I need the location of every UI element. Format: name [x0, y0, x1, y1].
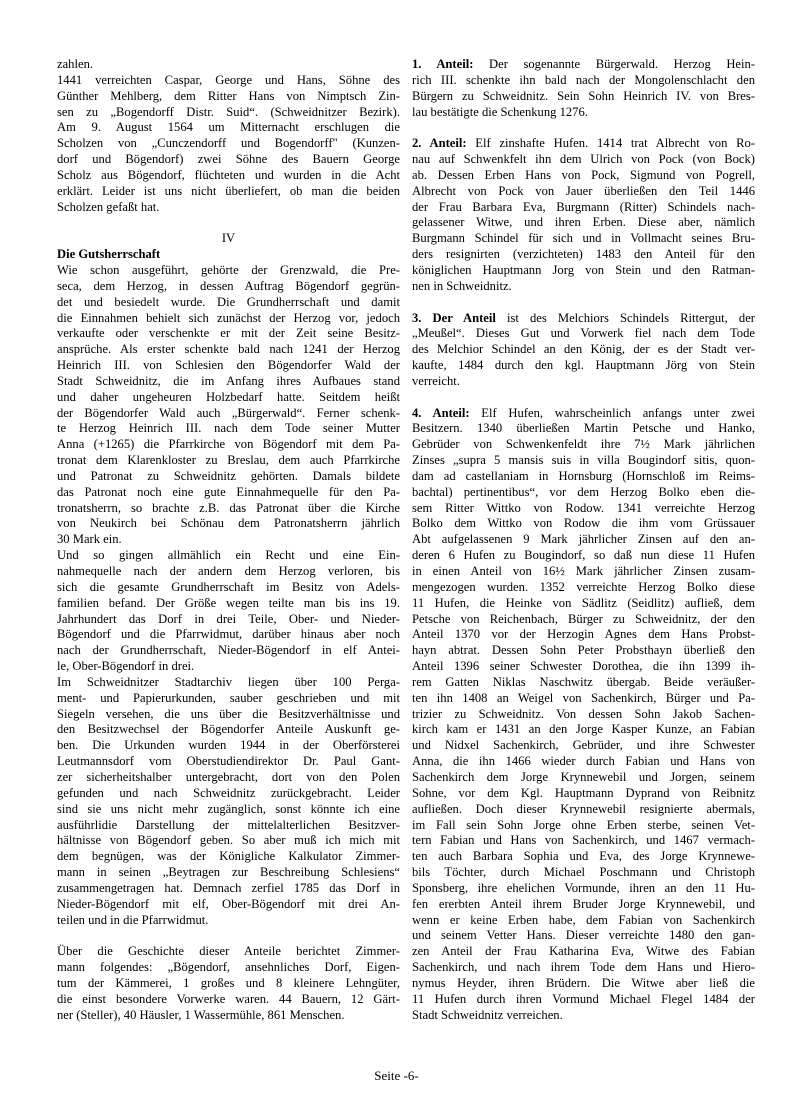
text-line: Zinses „supra 5 mansis suis in villa Bou…: [412, 453, 755, 469]
text-line: Bögendorf und die Pfarrwidmut, darüber h…: [57, 627, 400, 643]
text-line: Und so gingen allmählich ein Recht und e…: [57, 548, 400, 564]
text-line: aufließen. Doch dieser Krynnewebil resig…: [412, 802, 755, 818]
paragraph-und-so: Und so gingen allmählich ein Recht und e…: [57, 548, 400, 675]
text-line: hältnisse von Bögendorf geben. So aber m…: [57, 833, 400, 849]
text-line: zusammengetragen hat. Demnach zerfiel 17…: [57, 881, 400, 897]
text-line: ten ihn 1408 an Weigel von Sachenkirch, …: [412, 691, 755, 707]
text-line: tern Fabian und Hans von Sachenkirch, un…: [412, 833, 755, 849]
anteil-label: 2. Anteil:: [412, 136, 467, 150]
anteil-label: 4. Anteil:: [412, 406, 470, 420]
paragraph-gap: [57, 928, 400, 944]
text-fragment: Der sogenannte Bürgerwald. Herzog Hein-: [489, 57, 755, 71]
anteil-2: 2. Anteil: Elf zinshafte Hufen. 1414 tra…: [412, 136, 755, 294]
text-line: Günther Mehlberg, dem Ritter Hans von Ni…: [57, 89, 400, 105]
paragraph-gap: [412, 390, 755, 406]
text-line: lau bestätigte die Schenkung 1276.: [412, 105, 755, 121]
paragraph-gap: [412, 120, 755, 136]
text-line: Scholzen von „Cunczendorff und Bogendorf…: [57, 136, 400, 152]
text-line: Über die Geschichte dieser Anteile beric…: [57, 944, 400, 960]
text-line: bachtal) pertinentibus“, vor dem Herzog …: [412, 485, 755, 501]
text-fragment: ist des Melchiors Schindels Rittergut, d…: [507, 311, 755, 325]
text-line: 2. Anteil: Elf zinshafte Hufen. 1414 tra…: [412, 136, 755, 152]
text-line: Sachenkirch dem Jorge Krynnewebil und Jo…: [412, 770, 755, 786]
paragraph-1441: 1441 verreichten Caspar, George und Hans…: [57, 73, 400, 216]
text-line: le, Ober-Bögendorf in drei.: [57, 659, 400, 675]
text-line: mann folgendes: „Bögendorf, ansehnliches…: [57, 960, 400, 976]
text-line: den Besitzwechsel der Bögendorfer Anteil…: [57, 722, 400, 738]
text-line: 1. Anteil: Der sogenannte Bürgerwald. He…: [412, 57, 755, 73]
text-line: Gebrüder von Schwenkenfeldt ihre 7½ Mark…: [412, 437, 755, 453]
text-line: ten auch Barbara Sophia und Eva, des Jor…: [412, 849, 755, 865]
text-line: Anna, die ihn 1466 wieder durch Fabian u…: [412, 754, 755, 770]
text-line: 11 Hufen, die Heinke von Sädlitz (Seidli…: [412, 596, 755, 612]
text-line: in einen Anteil von 16½ Mark jährlicher …: [412, 564, 755, 580]
text-line: Anteil 1370 vor der Herzogin Agnes dem H…: [412, 627, 755, 643]
text-line: die Einnahmen behielt sich zunächst der …: [57, 311, 400, 327]
text-line: und Patronat zu Schweidnitz gehörten. Da…: [57, 469, 400, 485]
text-line: Besitzern. 1340 überließen Martin Petsch…: [412, 421, 755, 437]
text-line: zer sicherheitshalber untergebracht, dor…: [57, 770, 400, 786]
text-line: ben. Die Urkunden wurden 1944 in der Obe…: [57, 738, 400, 754]
text-line: Scholz aus Bögendorf, flüchteten und wur…: [57, 168, 400, 184]
text-line: hayn abtrat. Dessen Sohn Peter Probsthay…: [412, 643, 755, 659]
text-line: der Frau Barbara Eva, Burgmann (Ritter) …: [412, 200, 755, 216]
anteil-label: 1. Anteil:: [412, 57, 473, 71]
text-line: mann in seinen „Beytragen zur Beschreibu…: [57, 865, 400, 881]
text-line: ansprüche. Als erster schenkte bald nach…: [57, 342, 400, 358]
right-column: 1. Anteil: Der sogenannte Bürgerwald. He…: [412, 57, 755, 1023]
text-line: tronat dem Klarenkloster zu Breslau, dem…: [57, 453, 400, 469]
text-line: bils Töchter, durch Michael Poschmann un…: [412, 865, 755, 881]
text-line: Leutmannsdorf vom Oberstudiendirektor Dr…: [57, 754, 400, 770]
paragraph-gap: [57, 215, 400, 231]
text-line: Sohne, vor dem Kgl. Hauptmann Dyprand vo…: [412, 786, 755, 802]
text-line: nau auf Schwenkfelt ihn dem Ulrich von P…: [412, 152, 755, 168]
text-line: sind sie uns nicht mehr zugänglich, sons…: [57, 802, 400, 818]
left-column: zahlen. 1441 verreichten Caspar, George …: [57, 57, 400, 1023]
text-line: verreicht.: [412, 374, 755, 390]
text-line: te Herzog Heinrich III. nach dem Tode se…: [57, 421, 400, 437]
text-line: 11 Hufen durch ihren Vormund Michael Fle…: [412, 992, 755, 1008]
text-line: nymus Heyder, ihren Brüdern. Die Witwe a…: [412, 976, 755, 992]
text-line: erklärt. Leider ist uns nicht überliefer…: [57, 184, 400, 200]
paragraph-gutsherrschaft: Wie schon ausgeführt, gehörte der Grenzw…: [57, 263, 400, 548]
text-line: Albrecht von Pock von Jauer überließen d…: [412, 184, 755, 200]
text-line: dam ad castellaniam in Hornsburg (Hornsc…: [412, 469, 755, 485]
paragraph-continuation: zahlen.: [57, 57, 400, 73]
text-line: Bolko dem Wittko von Rodow die ihm vom G…: [412, 516, 755, 532]
text-line: und Nidxel Sachenkirch, Gebrüder, und ih…: [412, 738, 755, 754]
text-line: nen in Schweidnitz.: [412, 279, 755, 295]
text-line: mengezogen wurden. 1352 verreichte Herzo…: [412, 580, 755, 596]
text-line: teilen und in die Pfarrwidmut.: [57, 913, 400, 929]
text-line: trizier zu Schweidnitz. Von dessen Sohn …: [412, 707, 755, 723]
text-line: verkaufte oder verschenkte er mit der Ze…: [57, 326, 400, 342]
text-line: Anna (+1265) die Pfarrkirche von Bögendo…: [57, 437, 400, 453]
text-line: Bürgern zu Schweidnitz. Sein Sohn Heinri…: [412, 89, 755, 105]
text-line: Sponsberg, ihre ehelichen Vormunde, ihre…: [412, 881, 755, 897]
text-line: nahmequelle nach der andern dem Herzog v…: [57, 564, 400, 580]
text-line: nach der Grundherrschaft, Nieder-Bögendo…: [57, 643, 400, 659]
text-line: kaufte, 1484 durch den kgl. Hauptmann Jö…: [412, 358, 755, 374]
text-line: königlichen Hauptmann Jorg von Stein und…: [412, 263, 755, 279]
text-line: Burgmann Schindel für sich und in Vollma…: [412, 231, 755, 247]
text-line: sen zu „Bogendorff Distr. Suid“. (Schwei…: [57, 105, 400, 121]
text-line: Am 9. August 1564 um Mitternacht erschlu…: [57, 120, 400, 136]
text-line: Wie schon ausgeführt, gehörte der Grenzw…: [57, 263, 400, 279]
text-line: Stadt Schweidnitz, die im Anfang ihres A…: [57, 374, 400, 390]
paragraph-ueber: Über die Geschichte dieser Anteile beric…: [57, 944, 400, 1023]
text-line: ab. Dessen Erben Hans von Pock, Sigmund …: [412, 168, 755, 184]
text-line: des Melchior Schindel an den König, der …: [412, 342, 755, 358]
text-line: das Patronat noch eine gute Einnahmequel…: [57, 485, 400, 501]
page-number: Seite -6-: [0, 1068, 793, 1084]
text-line: im Fall sein Sohn Jorge ohne Erben sterb…: [412, 818, 755, 834]
text-line: familien befand. Der Größe wegen teilte …: [57, 596, 400, 612]
section-heading: Die Gutsherrschaft: [57, 247, 400, 263]
text-line: „Meußel“. Dieses Gut und Vorwerk fiel na…: [412, 326, 755, 342]
text-line: gelassener Witwe, und ihren Erben. Diese…: [412, 215, 755, 231]
text-line: tronatsherrn, so brachte z.B. das Patron…: [57, 501, 400, 517]
text-line: Sachenkirch, und nach ihrem Tode dem Han…: [412, 960, 755, 976]
text-line: die einst besondere Vorwerke waren. 44 B…: [57, 992, 400, 1008]
paragraph-stadtarchiv: Im Schweidnitzer Stadtarchiv liegen über…: [57, 675, 400, 929]
text-line: 1441 verreichten Caspar, George und Hans…: [57, 73, 400, 89]
text-line: Abt aufgelassenen 9 Mark jährlicher Zins…: [412, 532, 755, 548]
text-fragment: Elf zinshafte Hufen. 1414 trat Albrecht …: [475, 136, 755, 150]
text-line: ment- und Papierurkunden, sauber geschri…: [57, 691, 400, 707]
text-line: tum der Kämmerei, 1 großes und 8 kleiner…: [57, 976, 400, 992]
text-line: ders resignirten (verzichteten) 1483 den…: [412, 247, 755, 263]
text-line: fen ererbten Anteil ihrem Bruder Jorge K…: [412, 897, 755, 913]
text-line: kirch kam er 1431 an den Jorge Kasper Ku…: [412, 722, 755, 738]
text-line: und seinem Vetter Hans. Dieser verreicht…: [412, 928, 755, 944]
section-number: IV: [57, 231, 400, 247]
anteil-1: 1. Anteil: Der sogenannte Bürgerwald. He…: [412, 57, 755, 120]
text-line: sich die gesamte Grundherrschaft im Besi…: [57, 580, 400, 596]
anteil-label: 3. Der Anteil: [412, 311, 496, 325]
text-line: Nieder-Bögendorf mit elf, Ober-Bögendorf…: [57, 897, 400, 913]
text-line: und daher ungeheuren Holzbedarf hatte. S…: [57, 390, 400, 406]
anteil-3: 3. Der Anteil ist des Melchiors Schindel…: [412, 311, 755, 390]
text-line: dem begnügen, was der Königliche Kalkula…: [57, 849, 400, 865]
text-line: ausführlidie Darstellung der mittelalter…: [57, 818, 400, 834]
anteil-4: 4. Anteil: Elf Hufen, wahrscheinlich anf…: [412, 406, 755, 1024]
text-line: 3. Der Anteil ist des Melchiors Schindel…: [412, 311, 755, 327]
text-line: seca, dem Herzog, in dessen Auftrag Böge…: [57, 279, 400, 295]
text-line: det und besiedelt wurde. Die Grundherrsc…: [57, 295, 400, 311]
text-line: Jahrhundert das Dorf in drei Teile, Ober…: [57, 612, 400, 628]
text-line: Scholzen gefaßt hat.: [57, 200, 400, 216]
text-line: Petsche von Reichenbach, Bürger zu Schwe…: [412, 612, 755, 628]
text-line: Siegeln versehen, die uns über die Besit…: [57, 707, 400, 723]
text-line: dorf und Bögendorf) zwei Söhne des Bauer…: [57, 152, 400, 168]
paragraph-gap: [412, 295, 755, 311]
text-line: zahlen.: [57, 57, 400, 73]
text-line: 4. Anteil: Elf Hufen, wahrscheinlich anf…: [412, 406, 755, 422]
text-line: Anteil 1396 seiner Schwester Dorothea, d…: [412, 659, 755, 675]
text-fragment: Elf Hufen, wahrscheinlich anfangs unter …: [481, 406, 755, 420]
text-line: Im Schweidnitzer Stadtarchiv liegen über…: [57, 675, 400, 691]
text-line: gefunden und nach Schweidnitz zurückgebr…: [57, 786, 400, 802]
text-line: 30 Mark ein.: [57, 532, 400, 548]
text-line: wenn er keine Erben habe, dem Fabian von…: [412, 913, 755, 929]
text-line: rem Gatten Niklas Naschwitz übergab. Bei…: [412, 675, 755, 691]
text-line: zen Anteil der Frau Katharina Eva, Witwe…: [412, 944, 755, 960]
text-line: deren 6 Hufen zu Bougindorf, so daß nun …: [412, 548, 755, 564]
text-line: von Neukirch bei Schönau dem Patronatshe…: [57, 516, 400, 532]
text-line: sem Ritter Wittko von Rodow. 1341 verrei…: [412, 501, 755, 517]
text-line: rich III. schenkte ihn bald nach der Mon…: [412, 73, 755, 89]
text-line: Heinrich III. von Schlesien den Bögendor…: [57, 358, 400, 374]
text-line: ner (Steller), 40 Häusler, 1 Wassermühle…: [57, 1008, 400, 1024]
text-line: der Bögendorfer Wald auch „Bürgerwald“. …: [57, 406, 400, 422]
text-line: Stadt Schweidnitz verreichen.: [412, 1008, 755, 1024]
